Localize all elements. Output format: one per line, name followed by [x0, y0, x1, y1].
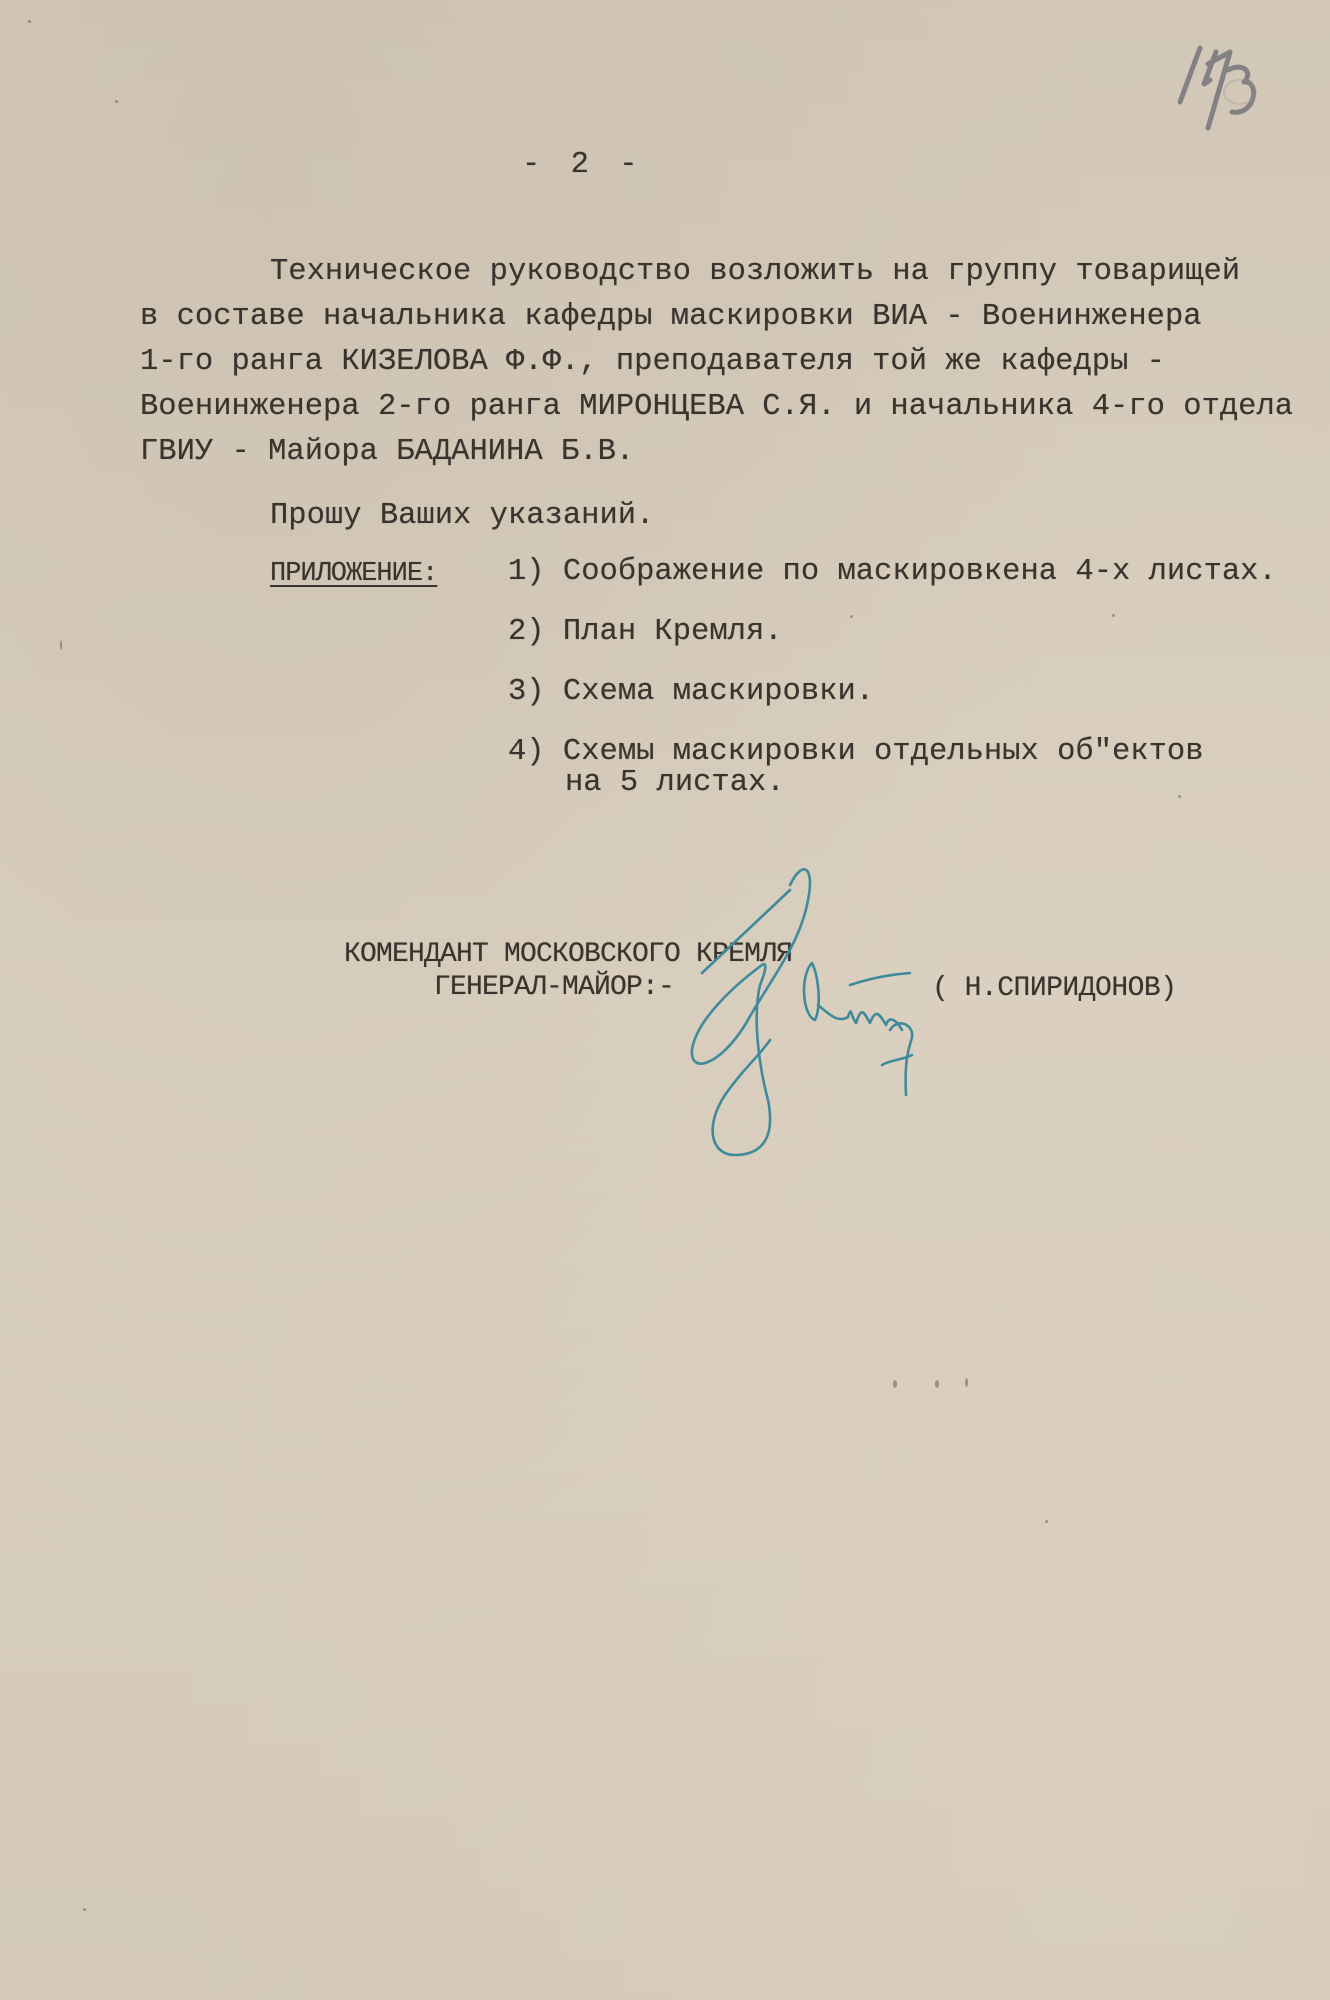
paper-speck: [965, 1378, 968, 1387]
page-number: - 2 -: [522, 143, 644, 188]
body-line: Военинженера 2-го ранга МИРОНЦЕВА С.Я. и…: [140, 385, 1293, 430]
attachments-label: ПРИЛОЖЕНИЕ:: [270, 552, 437, 597]
signatory-rank: ГЕНЕРАЛ-МАЙОР:-: [434, 965, 674, 1010]
signatory-name: ( Н.СПИРИДОНОВ): [932, 966, 1177, 1011]
paper-speck: [893, 1380, 897, 1388]
attachment-item: 2) План Кремля.: [508, 610, 783, 655]
archive-number-handwritten-icon: [1170, 30, 1280, 140]
attachment-item: 3) Схема маскировки.: [508, 670, 874, 715]
paper-speck: [60, 640, 62, 650]
request-line: Прошу Ваших указаний.: [270, 494, 654, 539]
body-line: Техническое руководство возложить на гру…: [270, 250, 1240, 295]
body-line: 1-го ранга КИЗЕЛОВА Ф.Ф., преподавателя …: [140, 340, 1165, 385]
paper-speck: [935, 1380, 939, 1388]
paper-speck: [28, 20, 31, 23]
attachment-item: 1) Соображение по маскировкена 4-х листа…: [508, 550, 1277, 595]
paper-speck: [1112, 614, 1115, 617]
paper-speck: [850, 615, 853, 618]
paper-speck: [1178, 795, 1181, 798]
handwritten-signature-icon: [650, 855, 940, 1165]
body-line: ГВИУ - Майора БАДАНИНА Б.В.: [140, 430, 634, 475]
body-line: в составе начальника кафедры маскировки …: [140, 295, 1202, 340]
attachment-item-continuation: на 5 листах.: [565, 761, 785, 806]
paper-speck: [115, 100, 118, 103]
paper-speck: [83, 1908, 86, 1911]
document-page: - 2 - Техническое руководство возложить …: [0, 0, 1330, 2000]
paper-speck: [1045, 1520, 1048, 1523]
